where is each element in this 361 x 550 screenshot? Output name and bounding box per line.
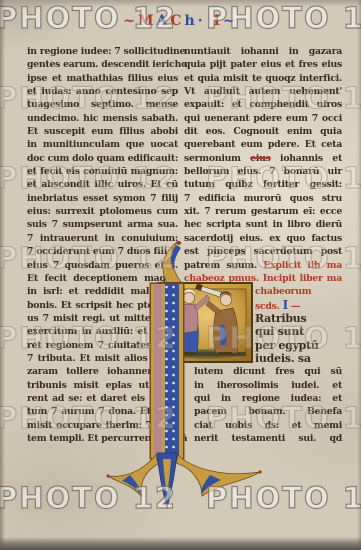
text-segment: hec scripta sunt in libro dierū	[184, 219, 342, 230]
text-line: doc cum dolo quam edificauit:	[27, 152, 178, 165]
text-segment: tutum quibz fortiter gessit:	[184, 179, 342, 190]
manuscript-photo: ~MACh· I~ in regione iudee: 7 sollicitud…	[0, 0, 361, 550]
text-segment: qui uenerant pdere eum 7 occi	[184, 113, 342, 124]
text-segment: et fecit eis conuiuiū magnum:	[27, 166, 178, 177]
photo-edge-left	[0, 0, 5, 550]
photo-edge-right	[357, 0, 361, 550]
text-line: sermonium eius iohannis et	[184, 152, 342, 165]
initial-stem	[150, 283, 185, 460]
text-line: bellorum eius. 7 bonarū uir	[184, 165, 342, 178]
text-segment: inebriatus esset symon 7 filij	[27, 193, 178, 204]
text-segment: 7 edificia murorū quos stru	[184, 193, 342, 204]
text-line: querebant eum pdere. Et ceta	[184, 138, 342, 151]
text-segment: in regione iudee: 7 sollicitudine	[27, 46, 185, 57]
text-line: in munitiunculam que uocat	[27, 138, 178, 151]
text-line: dit eos. Cognouit enim quia	[184, 125, 342, 138]
text-segment: expauit: et comphendit uiros	[184, 99, 342, 110]
text-line: in regione iudee: 7 sollicitudine	[27, 45, 178, 58]
text-line: qui uenerant pdere eum 7 occi	[184, 112, 342, 125]
running-title-letter: ~	[223, 13, 238, 29]
running-title-letter: h	[185, 13, 198, 29]
photo-edge-bottom	[0, 537, 361, 550]
text-line: inebriatus esset symon 7 filij	[27, 192, 178, 205]
photo-edge-top	[0, 0, 361, 7]
text-segment: undecimo. hic mensis sabath.	[27, 113, 178, 124]
text-segment: Et suscepit eum filius abobi	[27, 126, 178, 137]
text-line: gentes earum. descendit iericho	[27, 58, 178, 71]
text-line: tutum quibz fortiter gessit:	[184, 178, 342, 191]
running-title-letter: C	[170, 13, 184, 29]
text-segment: sermonium	[184, 153, 250, 164]
text-line: hec scripta sunt in libro dierū	[184, 218, 342, 231]
text-line: xit. 7 rerum gestarum eī: ecce	[184, 205, 342, 218]
text-line: ipse et mathathias filius eius	[27, 72, 178, 85]
text-line: eius: surrexit ptolomeus cum	[27, 205, 178, 218]
text-line: quia pijt pater eius et fres eius	[184, 58, 342, 71]
text-segment: dit eos. Cognouit enim quia	[184, 126, 342, 137]
text-segment: quia pijt pater eius et fres eius	[184, 59, 342, 70]
text-segment: suis 7 sumpserunt arma sua.	[27, 219, 178, 230]
text-segment: et iudas: anno centesimo sep	[27, 86, 178, 97]
text-line: nuntiauit iohanni in gazara	[184, 45, 342, 58]
text-line: Vt audiuit autem uehement'	[184, 85, 342, 98]
text-line: undecimo. hic mensis sabath.	[27, 112, 178, 125]
text-segment: xit. 7 rerum gestarum eī: ecce	[184, 206, 342, 217]
running-title-letter: ·	[198, 13, 214, 29]
text-line: et iudas: anno centesimo sep	[27, 85, 178, 98]
text-line: suis 7 sumpserunt arma sua.	[27, 218, 178, 231]
text-line: expauit: et comphendit uiros	[184, 98, 342, 111]
text-line: et abscondit illic uiros. Et cū	[27, 178, 178, 191]
text-segment: eius: surrexit ptolomeus cum	[27, 206, 178, 217]
text-segment: Explicit lib ma	[263, 260, 342, 271]
running-title: ~MACh· I~	[0, 13, 361, 29]
running-title-letter: ~	[123, 13, 138, 29]
initial-tail-flourish-icon	[106, 453, 261, 508]
text-segment: tuagesimo septimo. mense	[27, 99, 178, 110]
text-line: Et suscepit eum filius abobi	[27, 125, 178, 138]
running-title-letter: A	[156, 13, 170, 29]
text-segment: in munitiunculam que uocat	[27, 139, 178, 150]
illuminated-initial-graphic	[100, 235, 270, 525]
text-segment: —	[288, 301, 300, 312]
text-segment: et abscondit illic uiros. Et cū	[27, 179, 178, 190]
text-segment: ipse et mathathias filius eius	[27, 73, 178, 84]
running-title-letter: M	[138, 13, 157, 29]
text-segment: Vt audiuit autem uehement'	[184, 86, 342, 97]
text-line: et quia misit te quoqz interfici.	[184, 72, 342, 85]
text-segment: doc cum dolo quam edificauit:	[27, 153, 178, 164]
text-segment: gentes earum. descendit iericho	[27, 59, 187, 70]
text-segment: eius	[250, 153, 270, 164]
text-line: et fecit eis conuiuiū magnum:	[27, 165, 178, 178]
text-line: tuagesimo septimo. mense	[27, 98, 178, 111]
running-title-letter: I	[213, 13, 223, 29]
text-segment: querebant eum pdere. Et ceta	[184, 139, 342, 150]
text-segment: bellorum eius. 7 bonarū uir	[184, 166, 342, 177]
text-segment: iohannis et	[271, 153, 342, 164]
text-line: 7 edificia murorū quos stru	[184, 192, 342, 205]
text-segment: et quia misit te quoqz interfici.	[184, 73, 342, 84]
text-segment: nuntiauit iohanni in gazara	[184, 46, 342, 57]
